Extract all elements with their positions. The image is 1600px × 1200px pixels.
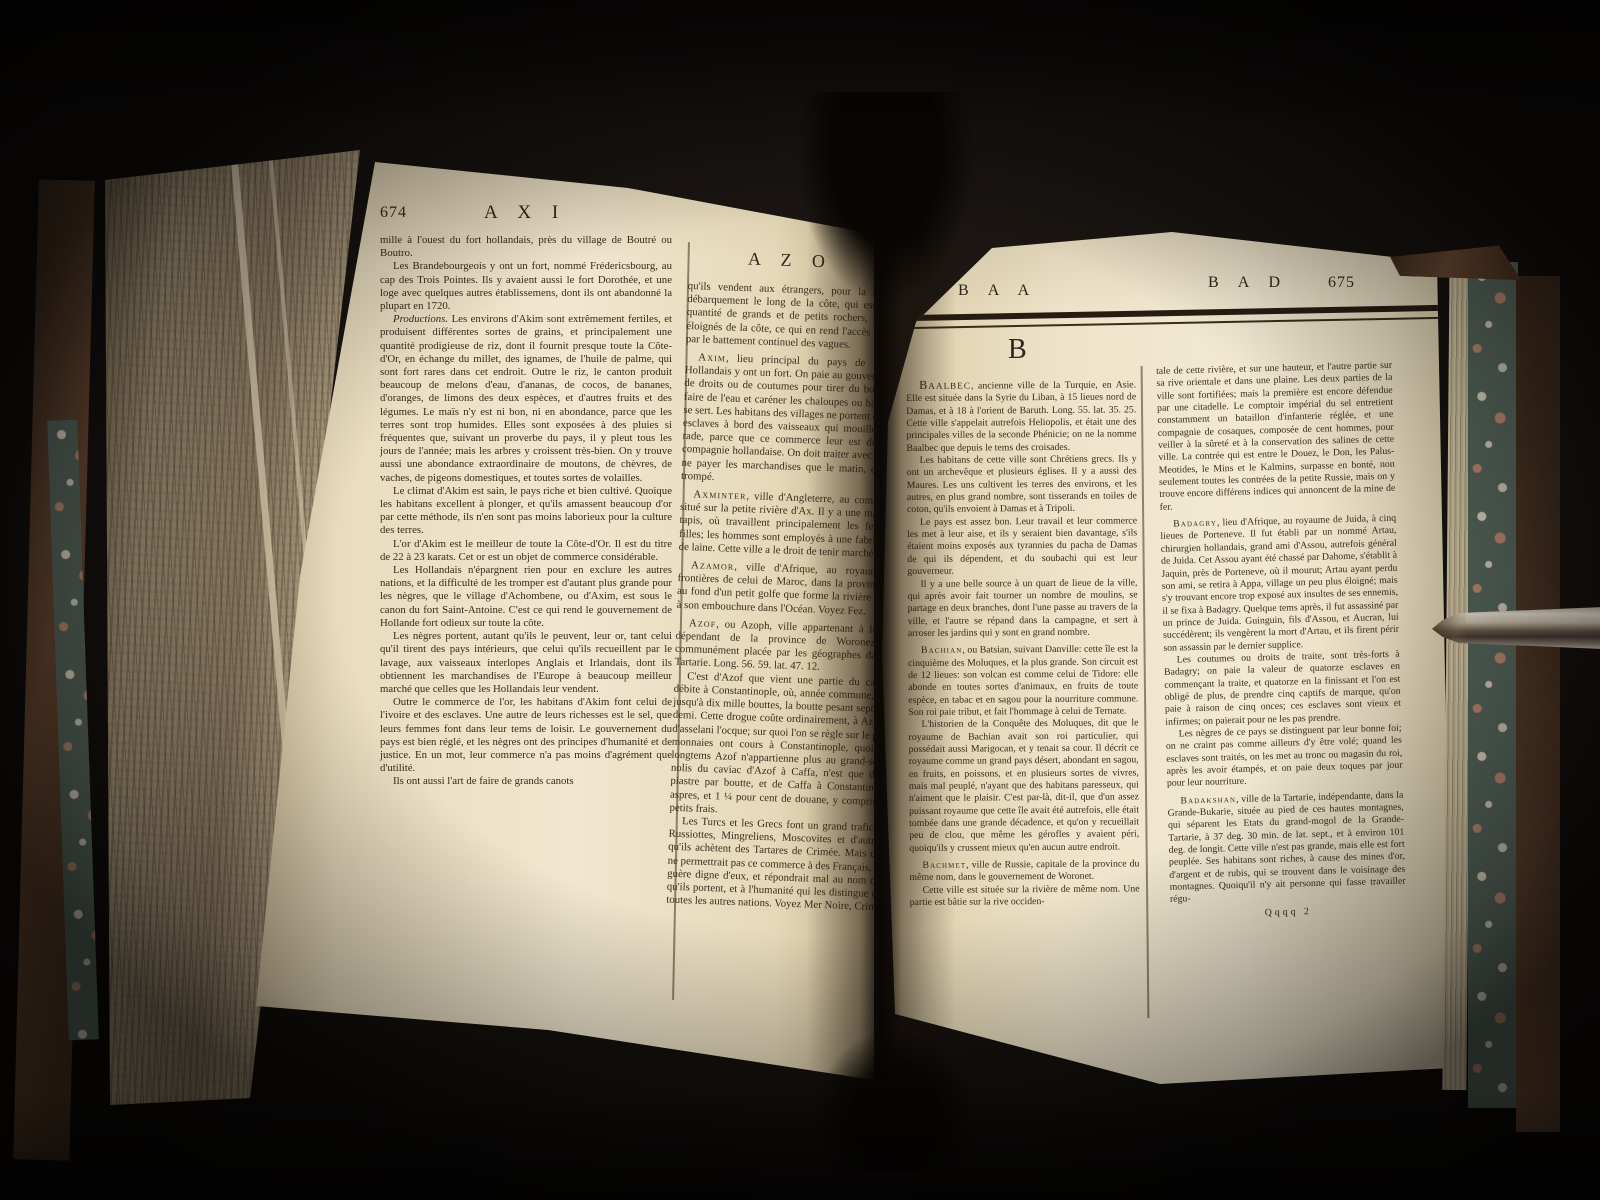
- paragraph: Le climat d'Akim est sain, le pays riche…: [380, 485, 672, 538]
- running-head-axi: A X I: [484, 202, 566, 224]
- paragraph: Outre le commerce de l'or, les habitans …: [380, 696, 672, 775]
- marbled-endpaper-right: [1468, 262, 1518, 1108]
- running-head-bad: B A D: [1208, 274, 1288, 292]
- entry-term: Badakshan: [1180, 794, 1236, 806]
- page-number: 675: [1328, 274, 1355, 292]
- paragraph: Les Brandebourgeois y ont un fort, nommé…: [380, 260, 672, 313]
- paragraph: Productions. Les environs d'Akim sont ex…: [380, 313, 672, 485]
- signature-mark: Qqqq 2: [1170, 903, 1406, 922]
- dictionary-entry: Badagry, lieu d'Afrique, au royaume de J…: [1160, 513, 1399, 655]
- photograph-of-open-book: 674 A X I mille à l'ouest du fort hollan…: [0, 0, 1600, 1200]
- paragraph: L'or d'Akim est le meilleur de toute la …: [380, 538, 672, 564]
- paragraph: mille à l'ouest du fort hollandais, près…: [380, 234, 672, 260]
- paragraph: tale de cette rivière, et sur une hauteu…: [1156, 360, 1396, 514]
- leather-corner-top-right: [1389, 242, 1522, 281]
- entry-term: Badagry: [1173, 518, 1217, 530]
- italic-lead: Productions.: [393, 313, 448, 325]
- right-page-right-column: tale de cette rivière, et sur une hauteu…: [1156, 360, 1406, 922]
- section-letter-b: B: [1008, 334, 1027, 366]
- left-column-text: mille à l'ouest du fort hollandais, près…: [380, 234, 672, 789]
- gutter-shadow-top: [766, 92, 1006, 482]
- paragraph: Les Hollandais n'épargnent rien pour en …: [380, 564, 672, 630]
- entry-term: Axminter: [693, 488, 746, 502]
- paragraph: Ils ont aussi l'art de faire de grands c…: [380, 775, 672, 788]
- page-number: 674: [380, 204, 407, 222]
- gutter-shadow-bottom: [786, 932, 1006, 1172]
- column-rule: [1141, 366, 1149, 1018]
- entry-term: Azamor: [691, 559, 735, 573]
- entry-term: Azof: [689, 617, 717, 630]
- paragraph: Les coutumes ou droits de traite, sont t…: [1164, 649, 1402, 729]
- paragraph: Les nègres portent, autant qu'ils le peu…: [380, 630, 672, 696]
- paragraph: Les nègres de ce pays se distinguent par…: [1166, 723, 1404, 791]
- dictionary-entry: Badakshan, ville de la Tartarie, indépen…: [1167, 789, 1406, 906]
- entry-term: Axim: [698, 351, 726, 364]
- leather-cover-right: [1516, 276, 1560, 1132]
